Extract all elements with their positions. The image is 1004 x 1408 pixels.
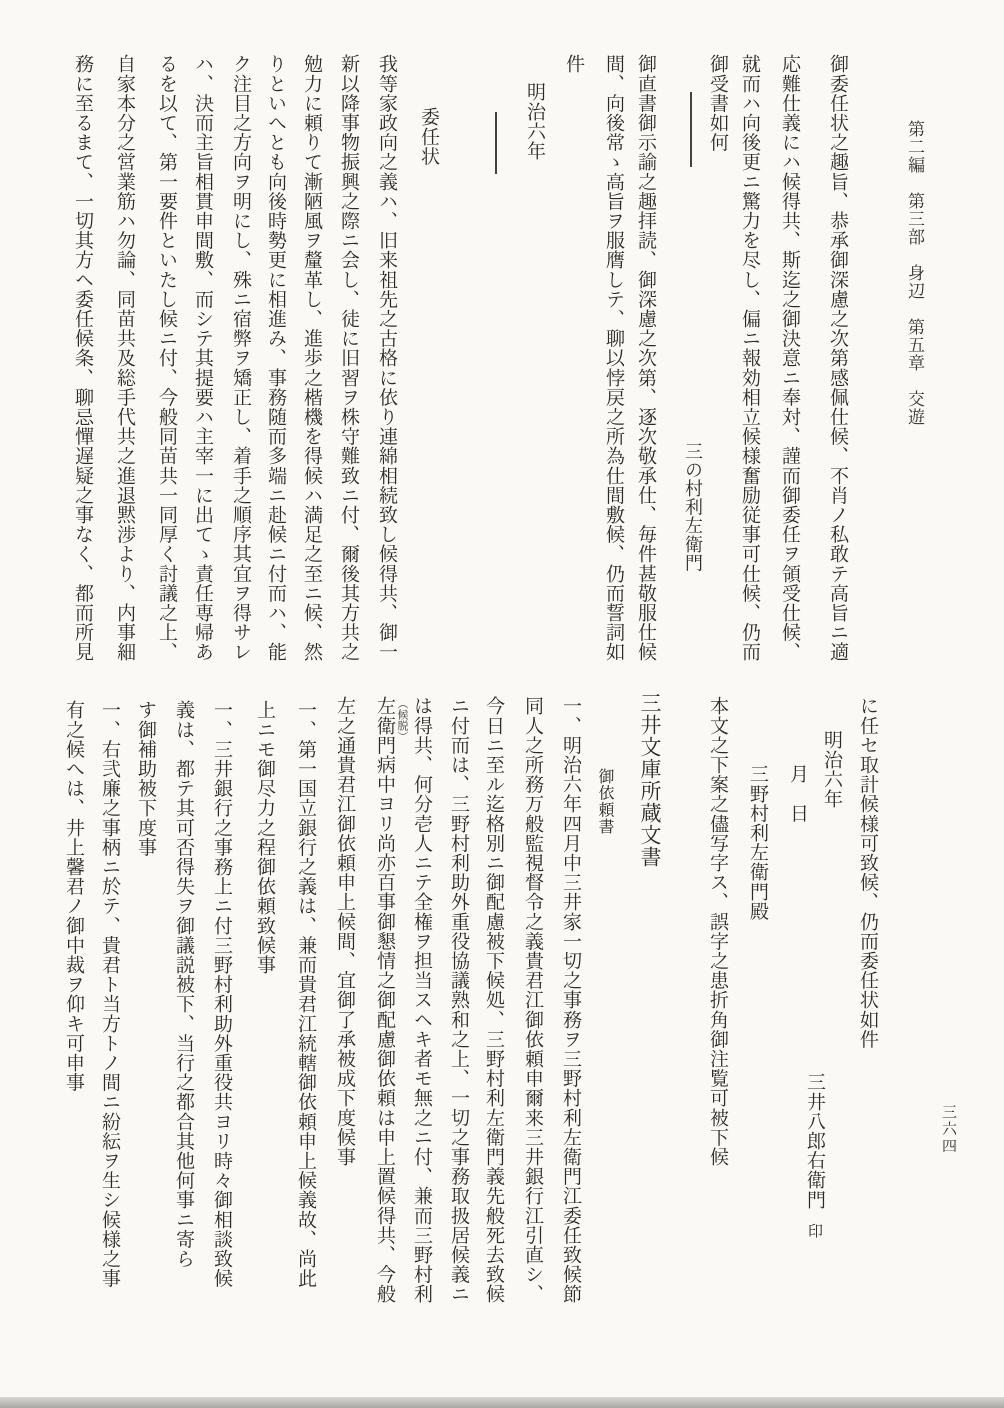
document-date: 明治六年 <box>820 730 842 808</box>
irai-line-8: 一、第一国立銀行之義は、兼而貴君江統轄御依頼申上候義故、尚此 <box>294 700 316 1288</box>
irai-line-3: 今日ニ至ル迄格別ニ御配慮被下候処、三野村利左衛門義先般死去致候 <box>482 696 504 1304</box>
inin-line-2: 新以降事物振興之際ニ会し、徒に旧習ヲ株守難致ニ付、爾後其方共之 <box>337 54 359 662</box>
irai-line-13: 一、右弐廉之事柄ニ於テ、貴君ト当方トノ間ニ紛紜ヲ生シ候様之事 <box>98 700 120 1288</box>
inin-line-8: 自家本分之営業筋ハ勿論、同苗共及総手代共之進退黙渉より、内事細 <box>113 54 135 662</box>
letter1-line-1: 御委任状之趣旨、恭承御深慮之次第感佩仕候、不肖ノ私敢テ高旨ニ適 <box>826 54 848 662</box>
section-heading-minomura: 三の村利左衛門 <box>682 442 704 572</box>
irai-line-14: 有之候へは、井上馨君ノ御中裁ヲ仰キ可申事 <box>62 700 84 1092</box>
interlinear-annotation: （候脱） <box>396 698 408 742</box>
irai-line-6: 左衛門病中ヨリ尚亦百事御懇情之御配慮御依頼は申上置候得共、今般 <box>373 696 395 1304</box>
irai-line-7: 左之通貴君江御依頼申上候間、宜御了承被成下度候事 <box>333 696 355 1166</box>
inin-line-7: るを以て、第一要件といたし候ニ付、今般同苗共一同厚く討議之上、 <box>155 54 177 662</box>
letter2-line-3: 件 <box>562 54 584 74</box>
running-head: 第二編 第三部 身辺 第五章 交遊 <box>903 120 925 426</box>
irai-line-5: は得共、何分壱人ニテ全権ヲ担当スヘキ者モ無之ニ付、兼而三野村利 <box>410 696 432 1304</box>
letter1-line-2: 応難仕義にハ候得共、斯迄之御決意ニ奉対、謹而御委任ヲ領受仕候、 <box>778 54 800 662</box>
inin-continuation-line: に任セ取計候様可致候、仍而委任状如件 <box>856 696 878 1049</box>
letter2-date: 明治六年 <box>523 82 545 160</box>
letter1-line-3: 就而ハ向後更ニ驚力を尽し、偏ニ報効相立候様奮励従事可仕候、仍而 <box>738 54 760 662</box>
copyist-note: 本文之下案之儘写字ス、誤字之患折角御注覧可被下候 <box>706 696 728 1166</box>
inin-line-9: 務に至るまて、一切其方ヘ委任候条、聊忌憚遅疑之事なく、都而所見 <box>71 54 93 662</box>
inin-line-3: 勉力に頼りて漸陋風ヲ釐革し、進歩之楷機を得候ハ満足之至ニ候、然 <box>300 54 322 662</box>
irai-line-11: 義は、都テ其可否得失ヲ御議説被下、当行之都合其他何事ニ寄ら <box>172 700 194 1268</box>
source-title: 三井文庫所蔵文書 <box>637 692 663 868</box>
irai-line-4: ニ付而は、三野村利助外重役協議熟和之上、一切之事務取扱居候義ニ <box>447 696 469 1304</box>
doc-title: 御依頼書 <box>595 768 613 834</box>
section-divider-rule <box>690 92 692 167</box>
seal-mark: 印 <box>806 1223 822 1239</box>
month-day: 月 日 <box>786 764 808 823</box>
inin-heading: 委任状 <box>417 107 439 166</box>
signer-name: 三井八郎右衛門 <box>804 1072 825 1209</box>
addressee: 三野村利左衛門殿 <box>746 764 768 921</box>
irai-line-9: 上ニモ御尽力之程御依頼致候事 <box>253 700 275 974</box>
inin-line-6: ハ、決而主旨相貫申間敷、而シテ其提要ハ主宰一に出てゝ責任専帰あ <box>191 54 213 662</box>
inin-line-4: りといへとも向後時勢更に相進み、事務随而多端ニ赴候ニ付而ハ、能 <box>264 54 286 662</box>
inin-line-1: 我等家政向之義ハ、旧来祖先之古格に依り連綿相続致し候得共、御一 <box>375 54 397 662</box>
signature-column: 三井八郎右衛門印 <box>803 1072 825 1239</box>
irai-line-10: 一、三井銀行之事務上ニ付三野村利助外重役共ヨリ時々御相談致候 <box>210 700 232 1288</box>
letter2-line-2: 間、向後常ゝ高旨ヲ服膺しテ、聊以悖戻之所為仕間敷候、仍而誓詞如 <box>602 54 624 662</box>
irai-line-12: す御補助被下度事 <box>134 700 156 857</box>
section-divider-rule-2 <box>495 112 497 174</box>
book-page: 第二編 第三部 身辺 第五章 交遊 三六四 御委任状之趣旨、恭承御深慮之次第感佩… <box>0 0 1004 1408</box>
irai-line-1: 一、明治六年四月中三井家一切之事務ヲ三野村利左衛門江委任致候節 <box>559 696 581 1304</box>
letter1-line-4: 御受書如何 <box>706 54 728 152</box>
inin-line-5: ク注目之方向ヲ明にし、殊ニ宿弊ヲ矯正し、着手之順序其宜ヲ得サレ <box>229 54 251 662</box>
irai-line-2: 同人之所務万般監視督令之義貴君江御依頼申爾来三井銀行江引直シ、 <box>521 696 543 1304</box>
letter2-line-1: 御直書御示諭之趣拝読、御深慮之次第、逐次敬承仕、毎件甚敬服仕候 <box>634 54 656 662</box>
scan-edge <box>0 1397 1004 1408</box>
page-number: 三六四 <box>937 1104 959 1155</box>
